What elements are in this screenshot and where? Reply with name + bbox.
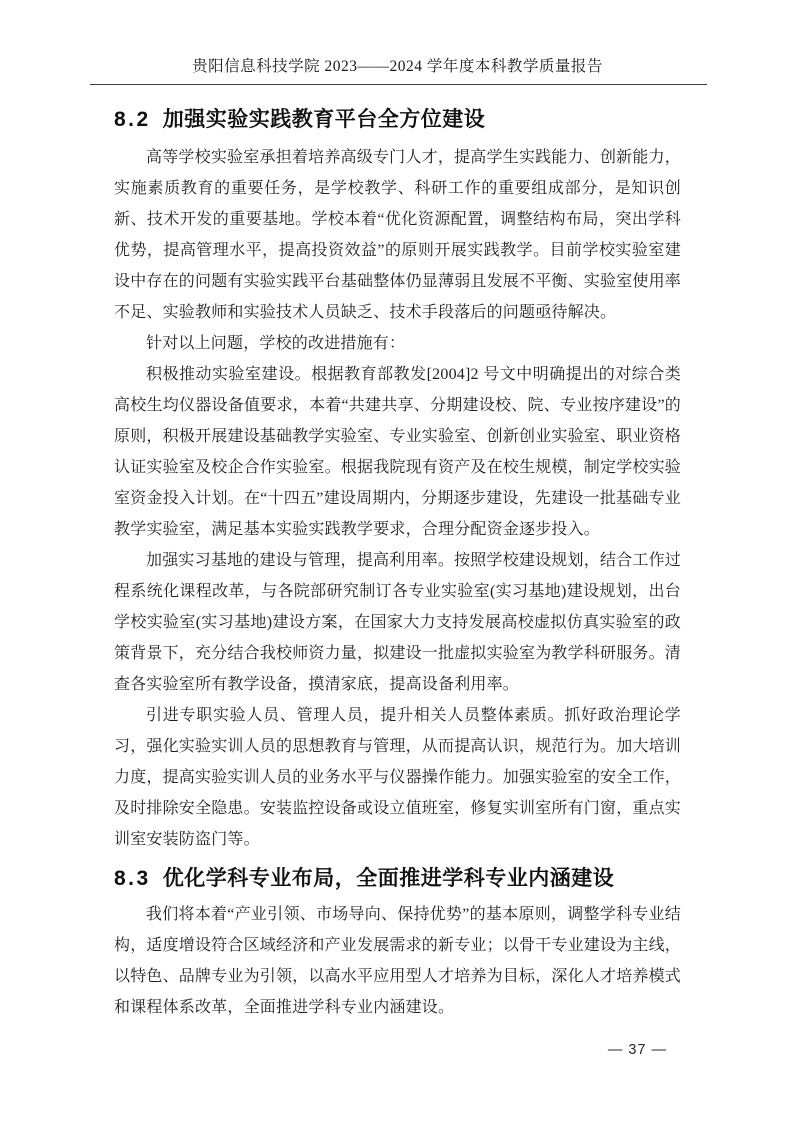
section-heading-8-2: 8.2加强实验实践教育平台全方位建设 <box>114 106 681 133</box>
running-header-title: 贵阳信息科技学院 2023——2024 学年度本科教学质量报告 <box>114 0 681 78</box>
section-8-3-body: 我们将本着“产业引领、市场导向、保持优势”的基本原则，调整学科专业结构，适度增设… <box>114 899 681 1023</box>
paragraph: 我们将本着“产业引领、市场导向、保持优势”的基本原则，调整学科专业结构，适度增设… <box>114 899 681 1023</box>
document-page: 贵阳信息科技学院 2023——2024 学年度本科教学质量报告 8.2加强实验实… <box>0 0 793 1122</box>
section-number: 8.2 <box>114 108 151 131</box>
section-8-2-body: 高等学校实验室承担着培养高级专门人才，提高学生实践能力、创新能力，实施素质教育的… <box>114 142 681 855</box>
paragraph: 加强实习基地的建设与管理，提高利用率。按照学校建设规划，结合工作过程系统化课程改… <box>114 545 681 700</box>
section-title: 加强实验实践教育平台全方位建设 <box>163 108 486 131</box>
paragraph: 积极推动实验室建设。根据教育部教发[2004]2 号文中明确提出的对综合类高校生… <box>114 359 681 545</box>
header-divider <box>90 84 707 85</box>
section-number: 8.3 <box>114 867 151 890</box>
section-title: 优化学科专业布局，全面推进学科专业内涵建设 <box>163 867 615 890</box>
section-heading-8-3: 8.3优化学科专业布局，全面推进学科专业内涵建设 <box>114 865 681 892</box>
paragraph: 引进专职实验人员、管理人员，提升相关人员整体素质。抓好政治理论学习，强化实验实训… <box>114 700 681 855</box>
page-number: — 37 — <box>608 1042 667 1058</box>
paragraph: 针对以上问题，学校的改进措施有： <box>114 328 681 359</box>
paragraph: 高等学校实验室承担着培养高级专门人才，提高学生实践能力、创新能力，实施素质教育的… <box>114 142 681 328</box>
